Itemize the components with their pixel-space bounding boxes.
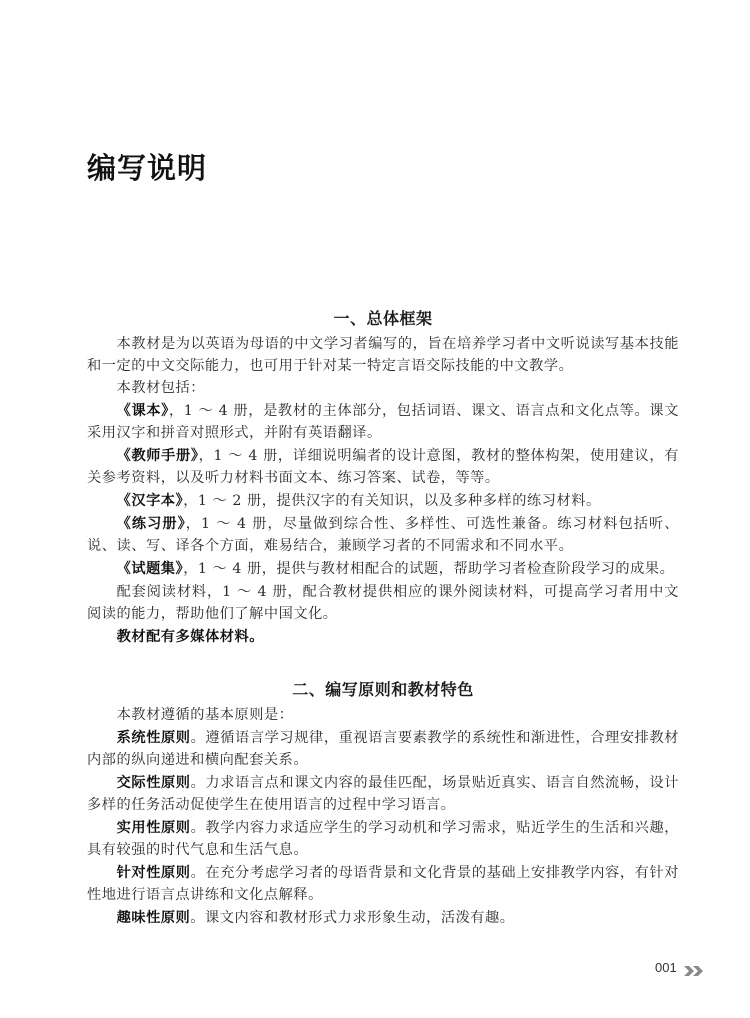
paragraph-workbook: 《练习册》，1 ～ 4 册，尽量做到综合性、多样性、可选性兼备。练习材料包括听、…	[87, 513, 679, 557]
paragraph-bold-lead: 教材配有多媒体材料。	[117, 629, 264, 645]
paragraph-bold-lead: 针对性原则	[117, 865, 191, 881]
paragraph-text: ，1 ～ 4 册，是教材的主体部分，包括词语、课文、语言点和文化点等。课文采用汉…	[87, 403, 679, 441]
paragraph-reading-materials: 配套阅读材料，1 ～ 4 册，配合教材提供相应的课外阅读材料，可提高学习者用中文…	[87, 581, 679, 625]
paragraph-text: 。课文内容和教材形式力求形象生动，活泼有趣。	[190, 910, 514, 926]
paragraph-intro: 本教材是为以英语为母语的中文学习者编写的，旨在培养学习者中文听说读写基本技能和一…	[87, 333, 679, 377]
paragraph-bold-lead: 《课本》	[117, 403, 169, 419]
page-number: 001	[655, 960, 677, 975]
paragraph-text: 本教材是为以英语为母语的中文学习者编写的，旨在培养学习者中文听说读写基本技能和一…	[87, 336, 679, 374]
paragraph-principles-intro: 本教材遵循的基本原则是：	[87, 704, 679, 726]
section-heading-principles: 二、编写原则和教材特色	[87, 677, 679, 700]
paragraph-teacher-manual: 《教师手册》，1 ～ 4 册，详细说明编者的设计意图，教材的整体构架，使用建议，…	[87, 445, 679, 489]
paragraph-bold-lead: 《教师手册》	[117, 448, 199, 464]
paragraph-bold-lead: 《练习册》	[117, 516, 186, 532]
paragraph-text: ，1 ～ 4 册，提供与教材相配合的试题，帮助学习者检查阶段学习的成果。	[183, 561, 674, 577]
paragraph-textbook: 《课本》，1 ～ 4 册，是教材的主体部分，包括词语、课文、语言点和文化点等。课…	[87, 400, 679, 444]
paragraph-systematic: 系统性原则。遵循语言学习规律，重视语言要素教学的系统性和渐进性，合理安排教材内部…	[87, 727, 679, 771]
paragraph-text: 本教材包括：	[117, 380, 205, 396]
paragraph-bold-lead: 《试题集》	[117, 561, 184, 577]
paragraph-text: 配套阅读材料，1 ～ 4 册，配合教材提供相应的课外阅读材料，可提高学习者用中文…	[87, 584, 679, 622]
paragraph-text: ，1 ～ 2 册，提供汉字的有关知识，以及多种多样的练习材料。	[183, 493, 601, 509]
paragraph-bold-lead: 趣味性原则	[117, 910, 191, 926]
section-heading-framework: 一、总体框架	[87, 306, 679, 329]
paragraph-targeted: 针对性原则。在充分考虑学习者的母语背景和文化背景的基础上安排教学内容，有针对性地…	[87, 862, 679, 906]
paragraph-bold-lead: 交际性原则	[117, 775, 191, 791]
paragraph-communicative: 交际性原则。力求语言点和课文内容的最佳匹配，场景贴近真实、语言自然流畅，设计多样…	[87, 772, 679, 816]
paragraph-test-collection: 《试题集》，1 ～ 4 册，提供与教材相配合的试题，帮助学习者检查阶段学习的成果…	[87, 558, 679, 580]
paragraph-bold-lead: 实用性原则	[117, 820, 191, 836]
double-chevron-right-icon	[683, 962, 705, 974]
paragraph-includes: 本教材包括：	[87, 377, 679, 399]
paragraph-interesting: 趣味性原则。课文内容和教材形式力求形象生动，活泼有趣。	[87, 907, 679, 929]
paragraph-multimedia: 教材配有多媒体材料。	[87, 626, 679, 648]
paragraph-bold-lead: 系统性原则	[117, 730, 191, 746]
paragraph-text: 本教材遵循的基本原则是：	[117, 707, 294, 723]
paragraph-practical: 实用性原则。教学内容力求适应学生的学习动机和学习需求，贴近学生的生活和兴趣，具有…	[87, 817, 679, 861]
page-footer: 001	[655, 960, 705, 975]
paragraph-bold-lead: 《汉字本》	[117, 493, 184, 509]
paragraph-character-book: 《汉字本》，1 ～ 2 册，提供汉字的有关知识，以及多种多样的练习材料。	[87, 490, 679, 512]
page-title: 编写说明	[87, 146, 207, 187]
